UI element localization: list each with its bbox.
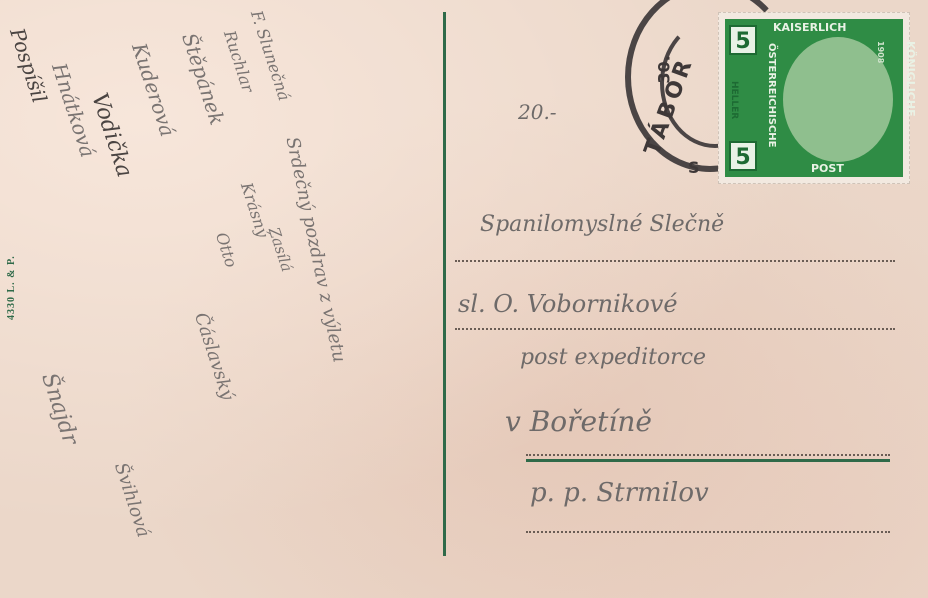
address-underline [526,459,890,462]
signature: Ruchlar [220,28,258,95]
postcard-back: 4330 L. & P. F. Slunečná Ruchlar Srdečný… [0,0,928,598]
stamp-year: 1908 [876,41,885,63]
signature: Štěpánek [177,30,229,128]
publisher-mark: 4330 L. & P. [6,255,17,320]
signature: Čáslavský [190,310,238,403]
postmark-date: 30. [655,55,674,83]
stamp-legend-right: KÖNIGLICHE [904,41,917,117]
address-post-office: p. p. Strmilov [530,478,709,508]
stamp-legend-bottom: POST [811,162,844,175]
signature: Otto [212,230,241,270]
stamp-legend-left: ÖSTERREICHISCHE [766,43,777,147]
address-line-4 [526,531,890,533]
signature: Švihlová [110,460,154,540]
price-note: 20.- [518,100,557,124]
address-line-2 [455,328,895,330]
address-line-3 [526,454,890,456]
stamp-value-top: 5 [729,25,757,55]
postmark-fragment: S [688,158,700,177]
signature: Šnajdr [36,370,83,448]
address-line-1 [455,260,895,262]
stamp-unit: HELLER [729,81,739,119]
address-town: v Bořetíně [505,405,652,438]
signature: Krásný [237,180,273,240]
address-recipient-name: sl. O. Vobornikové [458,290,678,318]
stamp-legend-top: KAISERLICH [773,21,846,34]
signature: Pospíšil [5,25,52,106]
signature: Srdečný pozdrav z výletu [281,135,349,364]
stamp-value-bottom: 5 [729,141,757,171]
signature: Kuderová [127,40,180,140]
postage-stamp: 5 5 KAISERLICH KÖNIGLICHE POST ÖSTERREIC… [718,12,910,184]
stamp-face: 5 5 KAISERLICH KÖNIGLICHE POST ÖSTERREIC… [725,19,903,177]
address-occupation: post expeditorce [520,345,706,370]
center-divider-line [443,12,446,556]
address-recipient-salutation: Spanilomyslné Slečně [480,212,724,237]
